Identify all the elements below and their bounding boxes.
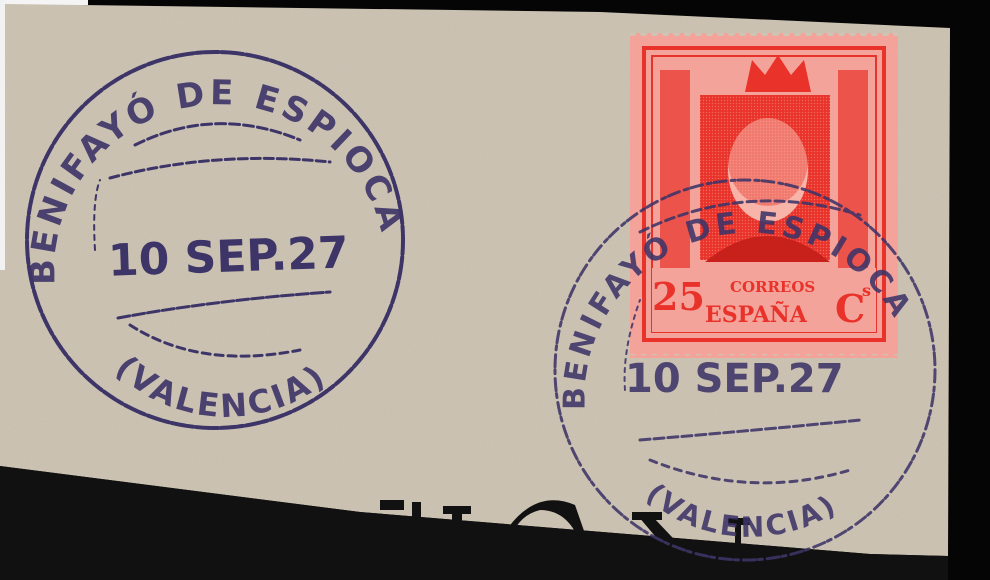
stamp-on-piece-photo: 10 SEP.27 BENIFAYÓ DE ESPIOCA (VALENCIA): [0, 0, 990, 580]
svg-text:25: 25: [652, 274, 705, 319]
svg-text:ESPAÑA: ESPAÑA: [705, 301, 808, 328]
svg-text:C: C: [835, 286, 865, 331]
svg-text:10 SEP.27: 10 SEP.27: [107, 227, 349, 286]
svg-text:CORREOS: CORREOS: [730, 278, 815, 296]
photo-canvas: 10 SEP.27 BENIFAYÓ DE ESPIOCA (VALENCIA): [0, 0, 990, 580]
svg-text:10 SEP.27: 10 SEP.27: [625, 356, 844, 402]
